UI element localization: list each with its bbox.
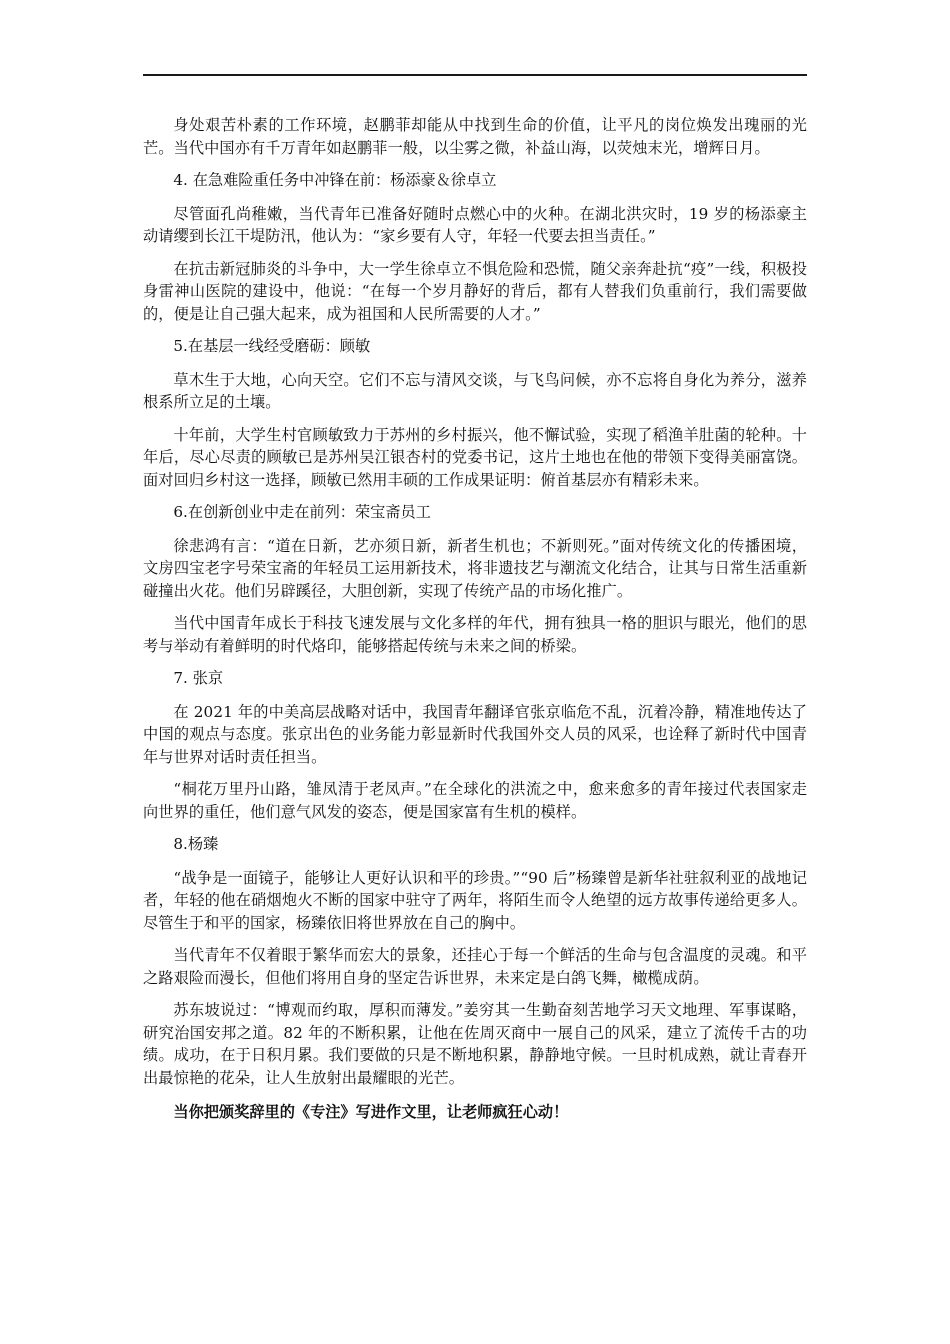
paragraph-young-phoenix: “桐花万里丹山路，雏凤清于老凤声。”在全球化的洪流之中，愈来愈多的青年接过代表国… (143, 778, 807, 823)
section-heading-7: 7. 张京 (143, 667, 807, 690)
paragraph-youth-innovation: 当代中国青年成长于科技飞速发展与文化多样的年代，拥有独具一格的胆识与眼光，他们的… (143, 612, 807, 657)
paragraph-yang-zhen: “战争是一面镜子，能够让人更好认识和平的珍贵。”“90 后”杨臻曾是新华社驻叙利… (143, 867, 807, 935)
paragraph-rongbaozhai: 徐悲鸿有言：“道在日新，艺亦须日新，新者生机也；不新则死。”面对传统文化的传播困… (143, 535, 807, 603)
paragraph-peace: 当代青年不仅着眼于繁华而宏大的景象，还挂心于每一个鲜活的生命与包含温度的灵魂。和… (143, 944, 807, 989)
paragraph-zhang-jing: 在 2021 年的中美高层战略对话中，我国青年翻译官张京临危不乱，沉着冷静，精准… (143, 701, 807, 769)
paragraph-yang-tianhao: 尽管面孔尚稚嫩，当代青年已准备好随时点燃心中的火种。在湖北洪灾时，19 岁的杨添… (143, 203, 807, 248)
paragraph-su-dongpo: 苏东坡说过：“博观而约取，厚积而薄发。”姜穷其一生勤奋刻苦地学习天文地理、军事谋… (143, 999, 807, 1089)
paragraph-grass-and-trees: 草木生于大地，心向天空。它们不忘与清风交谈，与飞鸟问候，亦不忘将自身化为养分，滋… (143, 369, 807, 414)
section-heading-5: 5.在基层一线经受磨砺：顾敏 (143, 335, 807, 358)
header-rule (143, 74, 807, 76)
paragraph-zhao-pengfei-conclusion: 身处艰苦朴素的工作环境，赵鹏菲却能从中找到生命的价值，让平凡的岗位焕发出瑰丽的光… (143, 114, 807, 159)
paragraph-gu-min: 十年前，大学生村官顾敏致力于苏州的乡村振兴，他不懈试验，实现了稻渔羊肚菌的轮种。… (143, 424, 807, 492)
section-heading-6: 6.在创新创业中走在前列：荣宝斋员工 (143, 501, 807, 524)
paragraph-xu-zhuoli: 在抗击新冠肺炎的斗争中，大一学生徐卓立不惧危险和恐慌，随父亲奔赴抗“疫”一线，积… (143, 258, 807, 326)
section-heading-4: 4. 在急难险重任务中冲锋在前：杨添豪＆徐卓立 (143, 169, 807, 192)
document-page: 身处艰苦朴素的工作环境，赵鹏菲却能从中找到生命的价值，让平凡的岗位焕发出瑰丽的光… (0, 0, 950, 1344)
section-heading-8: 8.杨臻 (143, 833, 807, 856)
closing-bold-line: 当你把颁奖辞里的《专注》写进作文里，让老师疯狂心动！ (143, 1101, 807, 1124)
document-body: 身处艰苦朴素的工作环境，赵鹏菲却能从中找到生命的价值，让平凡的岗位焕发出瑰丽的光… (143, 114, 807, 1124)
